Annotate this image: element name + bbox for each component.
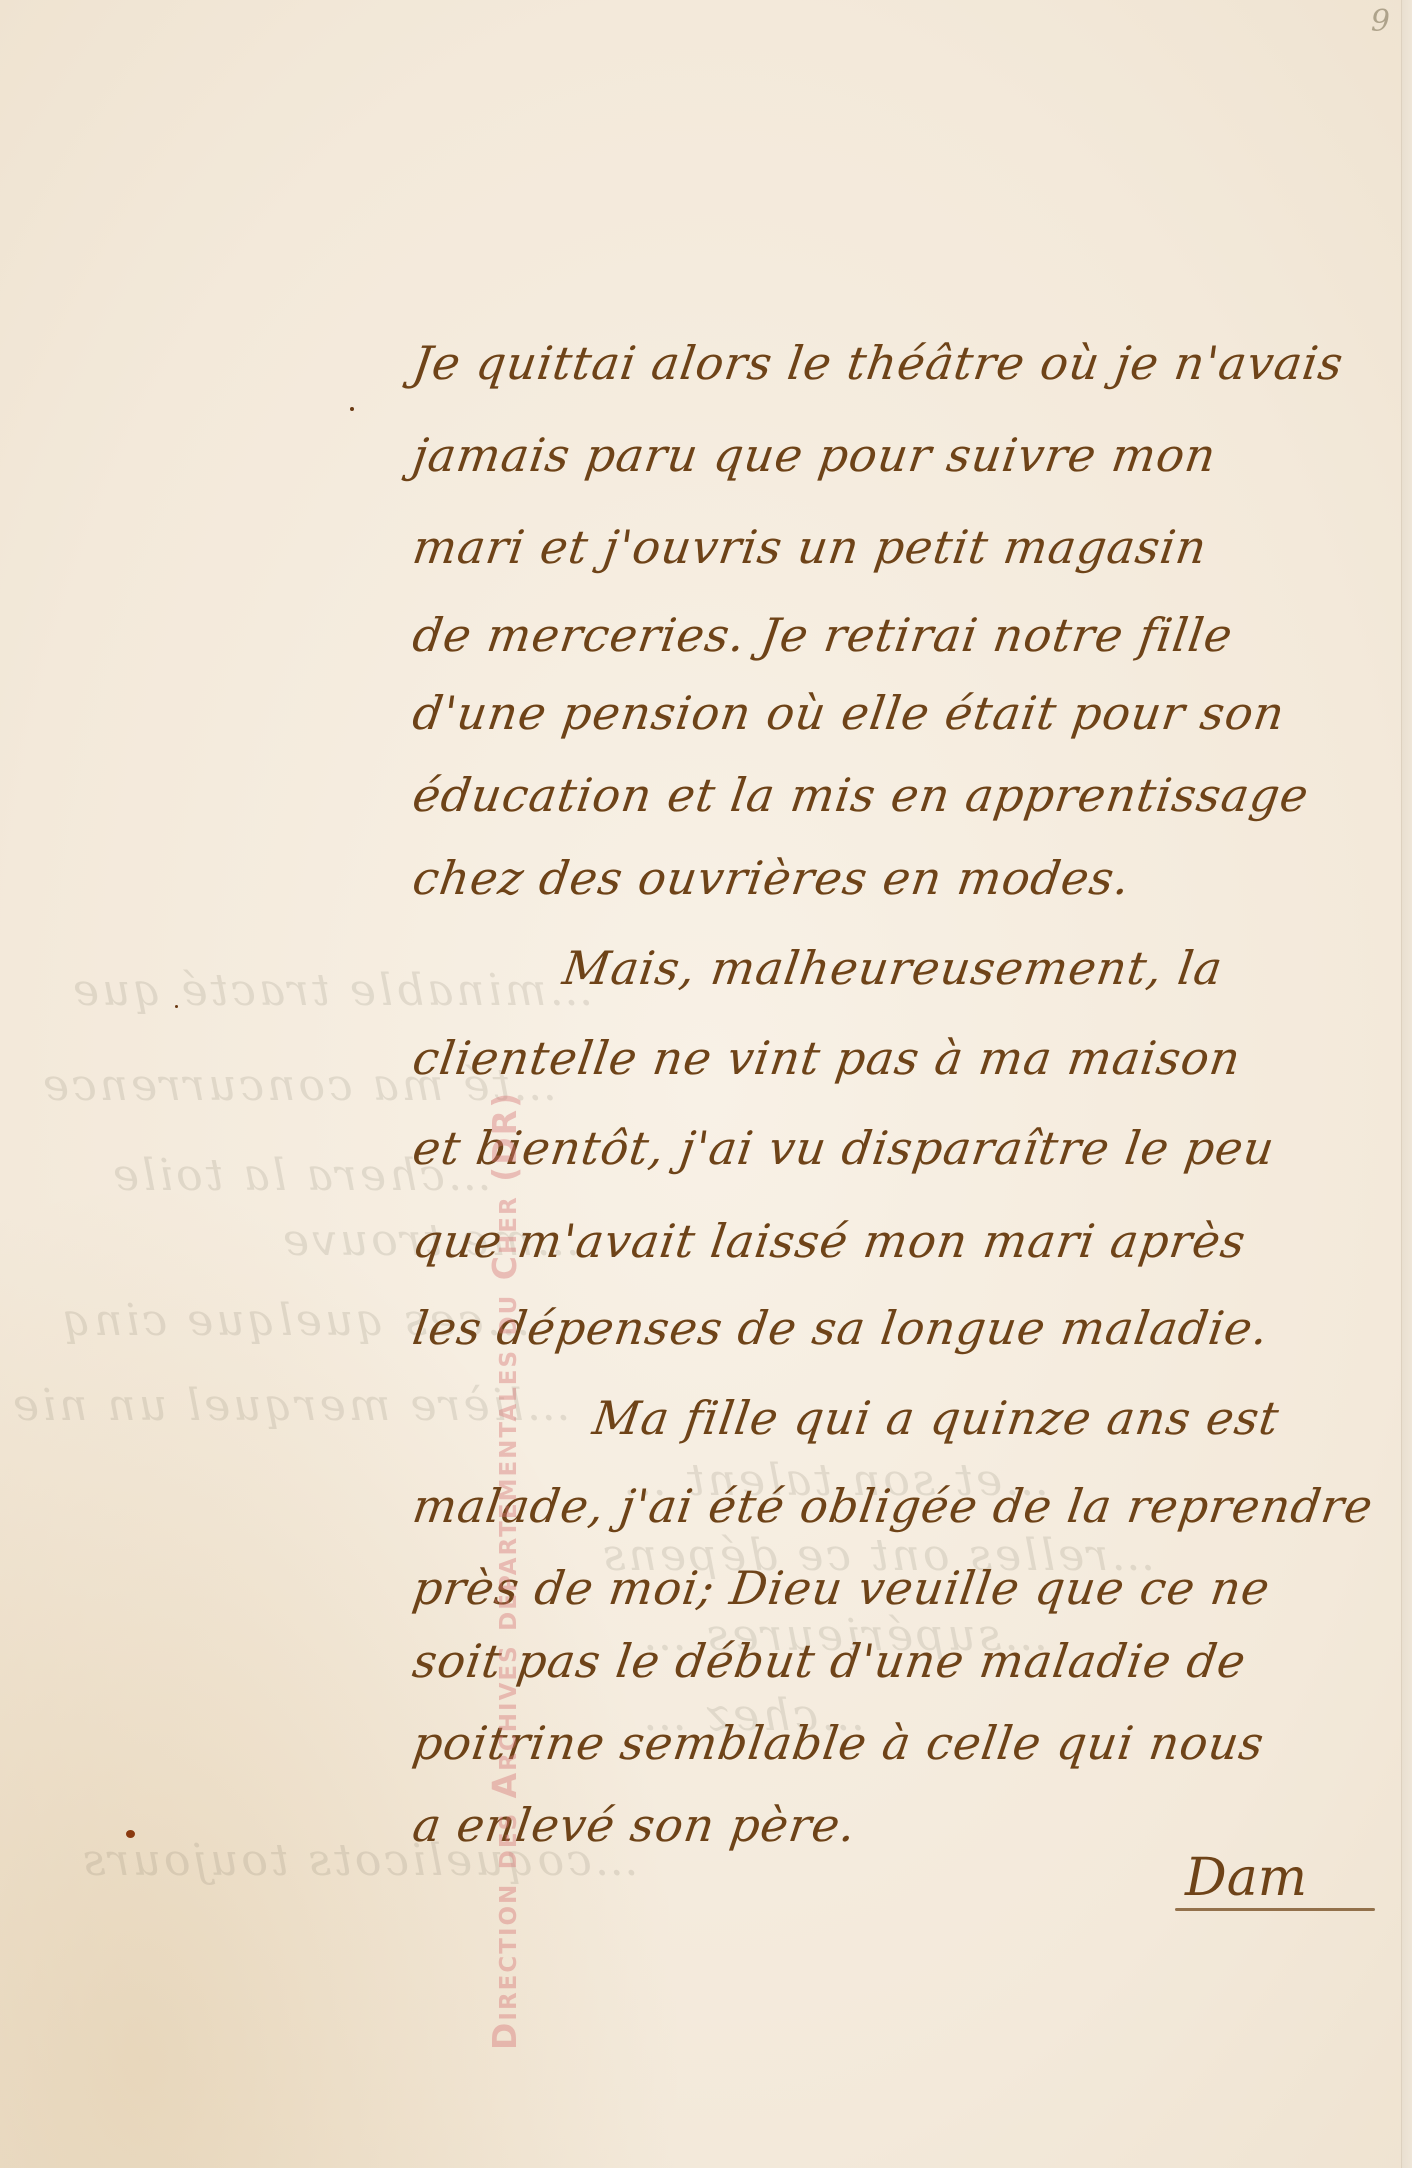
letter-line: Je quittai alors le théâtre où je n'avai…	[410, 340, 1346, 386]
letter-line: près de moi; Dieu veuille que ce ne	[410, 1565, 1273, 1611]
letter-line: clientelle ne vint pas à ma maison	[410, 1035, 1244, 1081]
letter-line: de merceries. Je retirai notre fille	[410, 612, 1236, 658]
ink-speck	[126, 1830, 135, 1838]
ink-speck	[175, 1005, 178, 1008]
letter-line: a enlevé son père.	[410, 1802, 859, 1848]
signature-underline	[1175, 1908, 1375, 1911]
letter-page: 9 …minable tracté que …té ma concurrence…	[0, 0, 1412, 2168]
bleed-through-text: …minable tracté que	[70, 965, 593, 1016]
letter-line: poitrine semblable à celle qui nous	[410, 1720, 1267, 1766]
ink-speck	[350, 407, 354, 411]
letter-line: Ma fille qui a quinze ans est	[590, 1395, 1282, 1441]
letter-line: et bientôt, j'ai vu disparaître le peu	[410, 1125, 1278, 1171]
folio-number: 9	[1371, 4, 1390, 39]
letter-line: mari et j'ouvris un petit magasin	[410, 524, 1210, 570]
letter-line: chez des ouvrières en modes.	[410, 855, 1133, 901]
letter-line: Mais, malheureusement, la	[560, 945, 1226, 991]
letter-line: malade, j'ai été obligée de la reprendre	[410, 1483, 1376, 1529]
archive-watermark: Direction des Archives départementales d…	[485, 1091, 524, 2050]
page-edge	[1401, 0, 1412, 2168]
letter-line: éducation et la mis en apprentissage	[410, 772, 1312, 818]
signature: Dam	[1185, 1848, 1307, 1908]
letter-line: soit pas le début d'une maladie de	[410, 1638, 1249, 1684]
letter-line: les dépenses de sa longue maladie.	[410, 1305, 1272, 1351]
letter-line: jamais paru que pour suivre mon	[410, 432, 1219, 478]
letter-line: d'une pension où elle était pour son	[410, 690, 1288, 736]
letter-line: que m'avait laissé mon mari après	[410, 1218, 1249, 1264]
